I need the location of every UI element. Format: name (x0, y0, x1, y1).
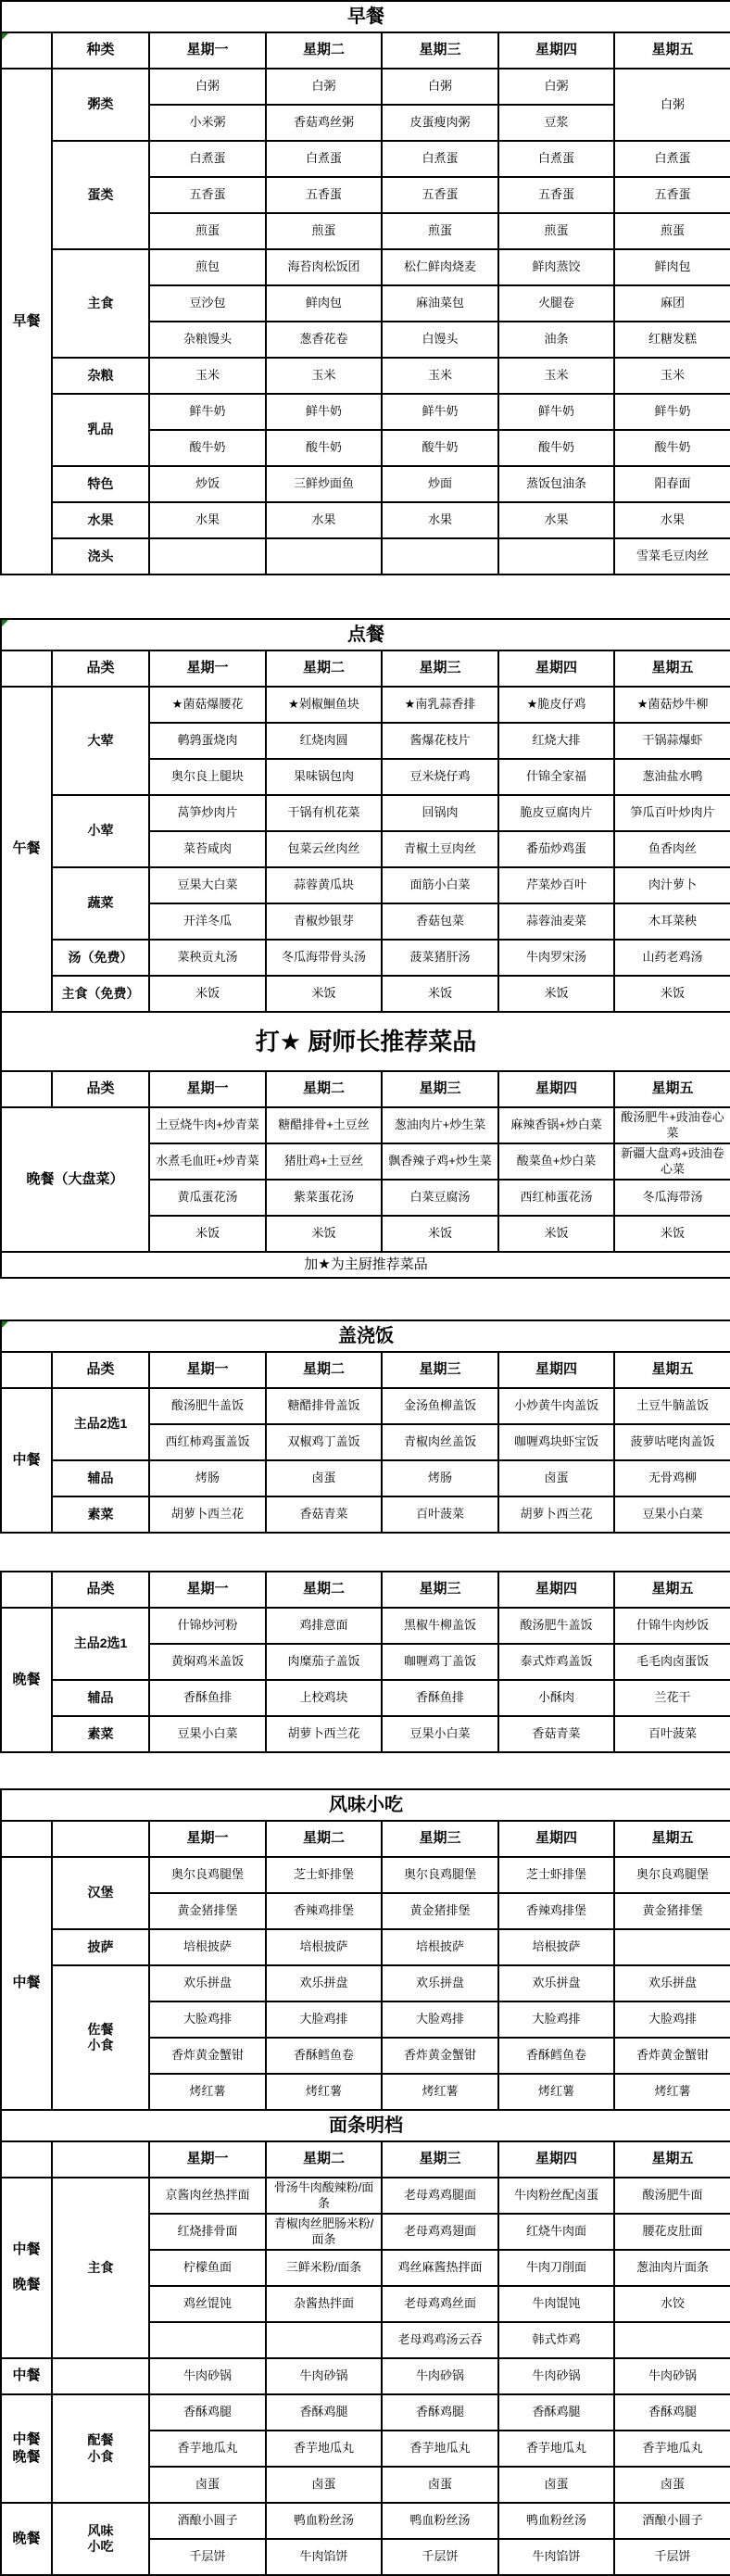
dish-cell: 千层饼 (149, 2539, 266, 2575)
dish-cell: 芹菜炒百叶 (498, 867, 614, 903)
ricebowl-dinner-table: 品类星期一星期二星期三星期四星期五晚餐主品2选1什锦炒河粉鸡排意面黑椒牛柳盖饭酸… (0, 1571, 730, 1753)
category-label: 蛋类 (52, 141, 149, 249)
dish-cell: 牛肉馄饨 (498, 2286, 614, 2322)
dish-cell: 香芋地瓜丸 (382, 2431, 498, 2467)
dish-cell: 白粥 (382, 69, 498, 105)
header-corner-cell (1, 1572, 52, 1608)
dish-cell: 米饭 (614, 976, 730, 1012)
dish-cell: 白煮蛋 (149, 141, 266, 177)
dish-cell: 鸭血粉丝汤 (382, 2503, 498, 2539)
dish-cell: 水果 (266, 502, 382, 538)
day-header: 星期二 (266, 1821, 382, 1857)
dish-cell: ★脆皮仔鸡 (498, 687, 614, 723)
dish-cell: 兰花干 (614, 1680, 730, 1716)
day-header: 星期一 (149, 1071, 266, 1107)
category-label: 特色 (52, 466, 149, 502)
category-header (52, 2141, 149, 2178)
dish-cell: 牛肉罗宋汤 (498, 940, 614, 976)
dish-cell: 鸭血粉丝汤 (266, 2503, 382, 2539)
section-gap (0, 1534, 730, 1571)
day-header: 星期二 (266, 650, 382, 687)
dish-cell: 五香蛋 (382, 177, 498, 213)
dish-cell: 奥尔良鸡腿堡 (614, 1857, 730, 1893)
meal-label: 早餐 (1, 69, 52, 575)
dish-cell: 煎蛋 (266, 213, 382, 249)
dish-cell: 米饭 (614, 1216, 730, 1252)
dish-cell: ★南乳蒜香排 (382, 687, 498, 723)
dish-cell: 蒜蓉黄瓜块 (266, 867, 382, 903)
dish-cell: 杂粮馒头 (149, 322, 266, 358)
category-label: 素菜 (52, 1496, 149, 1533)
dish-cell: 木耳菜秧 (614, 903, 730, 940)
dish-cell: 豆浆 (498, 105, 614, 141)
category-label: 主食 (52, 2178, 149, 2358)
dish-cell: 莴笋炒肉片 (149, 795, 266, 831)
dish-cell: 老母鸡鸡腿面 (382, 2178, 498, 2214)
day-header: 星期五 (614, 1821, 730, 1857)
meal-label: 晚餐 (1, 1608, 52, 1752)
dish-cell: 烤红薯 (614, 2074, 730, 2110)
dish-cell: 白煮蛋 (382, 141, 498, 177)
dish-cell: 毛毛肉卤蛋饭 (614, 1644, 730, 1680)
category-label: 汤（免费） (52, 940, 149, 976)
dish-cell (266, 2322, 382, 2358)
dish-cell: 红烧肉圆 (266, 723, 382, 759)
dish-cell: 五香蛋 (266, 177, 382, 213)
dish-cell: 香芋地瓜丸 (614, 2431, 730, 2467)
dish-cell: 鹌鹑蛋烧肉 (149, 723, 266, 759)
category-label: 佐餐 小食 (52, 1965, 149, 2110)
dish-cell: 牛肉刀削面 (498, 2250, 614, 2286)
dish-cell: 芝士虾排堡 (266, 1857, 382, 1893)
dish-cell: 白菜豆腐汤 (382, 1180, 498, 1216)
dish-cell: 胡萝卜西兰花 (149, 1496, 266, 1533)
dish-cell: 双椒鸡丁盖饭 (266, 1424, 382, 1460)
dish-cell: 糖醋排骨+土豆丝 (266, 1107, 382, 1143)
table-title: 风味小吃 (1, 1789, 730, 1821)
dish-cell: 麻团 (614, 285, 730, 322)
dish-cell: 酸汤肥牛面 (614, 2178, 730, 2214)
dish-cell (614, 2322, 730, 2358)
snacks-noodles-block: 风味小吃星期一星期二星期三星期四星期五中餐汉堡奥尔良鸡腿堡芝士虾排堡奥尔良鸡腿堡… (0, 1788, 730, 2576)
dish-cell: 白煮蛋 (498, 141, 614, 177)
dish-cell: 米饭 (498, 976, 614, 1012)
day-header: 星期五 (614, 1572, 730, 1608)
day-header: 星期二 (266, 1572, 382, 1608)
dish-cell: 青椒土豆肉丝 (382, 831, 498, 867)
dish-cell: 牛肉粉丝配卤蛋 (498, 2178, 614, 2214)
dish-cell: 芝士虾排堡 (498, 1857, 614, 1893)
dish-cell: 小炒黄牛肉盖饭 (498, 1388, 614, 1424)
dish-cell: 豆果小白菜 (382, 1716, 498, 1752)
day-header: 星期一 (149, 1821, 266, 1857)
category-label: 汉堡 (52, 1857, 149, 1929)
meal-label: 中餐 (1, 1857, 52, 2110)
dish-cell: 煎蛋 (498, 213, 614, 249)
dish-cell: 米饭 (498, 1216, 614, 1252)
day-header: 星期五 (614, 2141, 730, 2178)
dish-cell: 菜苔咸肉 (149, 831, 266, 867)
dish-cell: 豆果小白菜 (149, 1716, 266, 1752)
dish-cell: 酸汤肥牛盖饭 (149, 1388, 266, 1424)
dish-cell: 开洋冬瓜 (149, 903, 266, 940)
day-header: 星期二 (266, 1352, 382, 1388)
dish-cell: 肉汁萝卜 (614, 867, 730, 903)
dish-cell: 米饭 (266, 976, 382, 1012)
dish-cell: 卤蛋 (266, 1460, 382, 1496)
dish-cell: 水果 (498, 502, 614, 538)
day-header: 星期三 (382, 1821, 498, 1857)
category-label: 水果 (52, 502, 149, 538)
dish-cell: 百叶菠菜 (382, 1496, 498, 1533)
dish-cell (266, 538, 382, 575)
dish-cell: 泰式炸鸡盖饭 (498, 1644, 614, 1680)
dish-cell: 香辣鸡排堡 (498, 1893, 614, 1929)
dish-cell: 火腿卷 (498, 285, 614, 322)
dish-cell: 香芋地瓜丸 (498, 2431, 614, 2467)
dish-cell: 金汤鱼柳盖饭 (382, 1388, 498, 1424)
dish-cell: 土豆牛腩盖饭 (614, 1388, 730, 1424)
dish-cell: 黄焖鸡米盖饭 (149, 1644, 266, 1680)
category-label: 辅品 (52, 1680, 149, 1716)
dish-cell: 豆果小白菜 (614, 1496, 730, 1533)
header-corner-cell (1, 1821, 52, 1857)
cell-flag-icon (2, 33, 8, 40)
category-label: 风味 小吃 (52, 2503, 149, 2575)
dish-cell: 肉糜茄子盖饭 (266, 1644, 382, 1680)
dish-cell: 欢乐拼盘 (498, 1965, 614, 2001)
dish-cell: 小米粥 (149, 105, 266, 141)
dish-cell: 番茄炒鸡蛋 (498, 831, 614, 867)
dish-cell: 西红柿蛋花汤 (498, 1180, 614, 1216)
dish-cell: 水果 (614, 502, 730, 538)
table-title: 面条明档 (1, 2110, 730, 2141)
dish-cell: 玉米 (266, 358, 382, 394)
header-corner-cell (1, 32, 52, 69)
lunch-alacarte-block: 点餐品类星期一星期二星期三星期四星期五午餐大荤★菌菇爆腰花★剁椒鮰鱼块★南乳蒜香… (0, 618, 730, 1279)
dish-cell: 包菜云丝肉丝 (266, 831, 382, 867)
dish-cell: 香炸黄金蟹钳 (382, 2038, 498, 2074)
day-header: 星期五 (614, 32, 730, 69)
dish-cell: 脆皮豆腐肉片 (498, 795, 614, 831)
dish-cell: 煎蛋 (382, 213, 498, 249)
dish-cell: 紫菜蛋花汤 (266, 1180, 382, 1216)
table-title: 早餐 (1, 1, 730, 32)
dish-cell: 奥尔良鸡腿堡 (149, 1857, 266, 1893)
day-header: 星期二 (266, 32, 382, 69)
dish-cell: 卤蛋 (149, 2467, 266, 2503)
dish-cell: 玉米 (382, 358, 498, 394)
day-header: 星期四 (498, 1071, 614, 1107)
chef-recommendation-banner: 打★ 厨师长推荐菜品 (1, 1012, 730, 1071)
dish-cell: 米饭 (149, 976, 266, 1012)
day-header: 星期四 (498, 2141, 614, 2178)
dish-cell: 什锦炒河粉 (149, 1608, 266, 1644)
dish-cell: 鲜牛奶 (149, 394, 266, 430)
dish-cell: 酸牛奶 (382, 430, 498, 466)
dish-cell: 卤蛋 (498, 2467, 614, 2503)
category-label: 配餐 小食 (52, 2394, 149, 2503)
dish-cell: 香芋地瓜丸 (149, 2431, 266, 2467)
day-header: 星期一 (149, 650, 266, 687)
dish-cell: 白粥 (498, 69, 614, 105)
day-header: 星期五 (614, 650, 730, 687)
dish-cell: 香酥鸡腿 (266, 2394, 382, 2431)
dish-cell: 咖喱鸡块虾宝饭 (498, 1424, 614, 1460)
day-header: 星期三 (382, 1071, 498, 1107)
category-label: 披萨 (52, 1929, 149, 1965)
dish-cell: 大脸鸡排 (149, 2001, 266, 2038)
dish-cell: 酸牛奶 (498, 430, 614, 466)
dish-cell: 水果 (149, 502, 266, 538)
dish-cell: 胡萝卜西兰花 (266, 1716, 382, 1752)
dish-cell: 白粥 (149, 69, 266, 105)
dish-cell: 京酱肉丝热拌面 (149, 2178, 266, 2214)
day-header: 星期四 (498, 1352, 614, 1388)
dish-cell: 葱香花卷 (266, 322, 382, 358)
dish-cell: 鸡排意面 (266, 1608, 382, 1644)
snacks-table: 风味小吃星期一星期二星期三星期四星期五中餐汉堡奥尔良鸡腿堡芝士虾排堡奥尔良鸡腿堡… (0, 1788, 730, 2111)
section-gap (0, 1753, 730, 1788)
dish-cell: 烤红薯 (498, 2074, 614, 2110)
chef-recommendation-note: 加★为主厨推荐菜品 (1, 1252, 730, 1278)
dish-cell: 牛肉砂锅 (382, 2358, 498, 2394)
dish-cell: 奥尔良鸡腿堡 (382, 1857, 498, 1893)
dinner-platter-table: 品类星期一星期二星期三星期四星期五晚餐（大盘菜）土豆烧牛肉+炒青菜糖醋排骨+土豆… (0, 1070, 730, 1279)
cell-flag-icon (2, 1321, 8, 1328)
dish-cell: 白馒头 (382, 322, 498, 358)
dish-cell: 玉米 (498, 358, 614, 394)
dish-cell: 大脸鸡排 (614, 2001, 730, 2038)
category-label: 主食 (52, 249, 149, 358)
dish-cell: 果味锅包肉 (266, 759, 382, 795)
day-header: 星期四 (498, 1572, 614, 1608)
dish-cell: 三鲜米粉/面条 (266, 2250, 382, 2286)
day-header: 星期一 (149, 1572, 266, 1608)
dish-cell: 白煮蛋 (266, 141, 382, 177)
dish-cell: 大脸鸡排 (498, 2001, 614, 2038)
dish-cell: 培根披萨 (382, 1929, 498, 1965)
table-title: 点餐 (1, 619, 730, 650)
category-label: 浇头 (52, 538, 149, 575)
dish-cell: 香酥鱼排 (382, 1680, 498, 1716)
dish-cell: 松仁鲜肉烧麦 (382, 249, 498, 285)
dish-cell: 阳春面 (614, 466, 730, 502)
header-corner-cell (1, 2141, 52, 2178)
dish-cell: 油条 (498, 322, 614, 358)
dish-cell: 烤肠 (149, 1460, 266, 1496)
dish-cell: 冬瓜海带汤 (614, 1180, 730, 1216)
dish-cell: 香菇青菜 (266, 1496, 382, 1533)
dish-cell: 老母鸡鸡汤云吞 (382, 2322, 498, 2358)
dish-cell: 五香蛋 (149, 177, 266, 213)
dish-cell: 蒜蓉油麦菜 (498, 903, 614, 940)
dish-cell: 青椒肉丝盖饭 (382, 1424, 498, 1460)
dish-cell: 欢乐拼盘 (382, 1965, 498, 2001)
dish-cell: 煎蛋 (149, 213, 266, 249)
dish-cell: 西红柿鸡蛋盖饭 (149, 1424, 266, 1460)
dish-cell: 酸牛奶 (149, 430, 266, 466)
dish-cell: 酱爆花枝片 (382, 723, 498, 759)
dish-cell: 什锦牛肉炒饭 (614, 1608, 730, 1644)
dish-cell: 香酥鸡腿 (149, 2394, 266, 2431)
header-corner-cell (1, 650, 52, 687)
category-label: 主品2选1 (52, 1608, 149, 1680)
dish-cell: ★菌菇爆腰花 (149, 687, 266, 723)
dish-cell: 水果 (382, 502, 498, 538)
dish-cell: 鸭血粉丝汤 (498, 2503, 614, 2539)
dish-cell: 干锅蒜爆虾 (614, 723, 730, 759)
category-header: 品类 (52, 1572, 149, 1608)
dish-cell: 黄金猪排堡 (382, 1893, 498, 1929)
day-header: 星期五 (614, 1071, 730, 1107)
day-header: 星期三 (382, 1352, 498, 1388)
dish-cell: 上校鸡块 (266, 1680, 382, 1716)
dish-cell: 千层饼 (614, 2539, 730, 2575)
dish-cell: 黄金猪排堡 (614, 1893, 730, 1929)
category-label: 杂粮 (52, 358, 149, 394)
dish-cell: 香酥鳕鱼卷 (498, 2038, 614, 2074)
dish-cell: ★剁椒鮰鱼块 (266, 687, 382, 723)
category-label: 小荤 (52, 795, 149, 867)
dish-cell: 卤蛋 (614, 2467, 730, 2503)
section-gap (0, 575, 730, 618)
dish-cell: 米饭 (266, 1216, 382, 1252)
dish-cell: 香菇鸡丝粥 (266, 105, 382, 141)
dish-cell: 青椒炒银芽 (266, 903, 382, 940)
dish-cell: 小酥肉 (498, 1680, 614, 1716)
dish-cell: 胡萝卜西兰花 (498, 1496, 614, 1533)
dish-cell: 红烧牛肉面 (498, 2214, 614, 2250)
category-header (52, 1821, 149, 1857)
dish-cell: 鲜牛奶 (382, 394, 498, 430)
cell-flag-icon (2, 620, 8, 626)
dish-cell: 新疆大盘鸡+豉油卷心菜 (614, 1143, 730, 1180)
dish-cell: 香酥鸡腿 (382, 2394, 498, 2431)
day-header: 星期一 (149, 2141, 266, 2178)
category-header: 品类 (52, 650, 149, 687)
dish-cell: 大脸鸡排 (382, 2001, 498, 2038)
dish-cell: 牛肉馅饼 (498, 2539, 614, 2575)
dish-cell: 面筋小白菜 (382, 867, 498, 903)
dish-cell: 香芋地瓜丸 (266, 2431, 382, 2467)
day-header: 星期四 (498, 1821, 614, 1857)
dish-cell: 炒面 (382, 466, 498, 502)
day-header: 星期三 (382, 1572, 498, 1608)
dish-cell: 烤红薯 (266, 2074, 382, 2110)
dish-cell: 酸牛奶 (614, 430, 730, 466)
day-header: 星期一 (149, 1352, 266, 1388)
dish-cell: 酸牛奶 (266, 430, 382, 466)
day-header: 星期五 (614, 1352, 730, 1388)
dish-cell: 酒酿小圆子 (149, 2503, 266, 2539)
ricebowl-lunch-table: 盖浇饭品类星期一星期二星期三星期四星期五中餐主品2选1酸汤肥牛盖饭糖醋排骨盖饭金… (0, 1320, 730, 1534)
dish-cell: 牛肉砂锅 (614, 2358, 730, 2394)
day-header: 星期三 (382, 32, 498, 69)
meal-label: 晚餐 (1, 2503, 52, 2575)
dish-cell: 欢乐拼盘 (149, 1965, 266, 2001)
dish-cell: 卤蛋 (498, 1460, 614, 1496)
dish-cell (149, 2322, 266, 2358)
section-gap (0, 1279, 730, 1320)
category-label: 乳品 (52, 394, 149, 466)
category-label (52, 2358, 149, 2394)
header-corner-cell (1, 1071, 52, 1107)
dish-cell: 红糖发糕 (614, 322, 730, 358)
meal-label: 午餐 (1, 687, 52, 1012)
dish-cell: 煎蛋 (614, 213, 730, 249)
dish-cell: 干锅有机花菜 (266, 795, 382, 831)
category-label: 素菜 (52, 1716, 149, 1752)
dish-cell: 鲜肉包 (266, 285, 382, 322)
category-header: 品类 (52, 1071, 149, 1107)
category-label: 粥类 (52, 69, 149, 141)
dish-cell: 酸汤肥牛+豉油卷心菜 (614, 1107, 730, 1143)
dish-cell: 无骨鸡柳 (614, 1460, 730, 1496)
dish-cell: 千层饼 (382, 2539, 498, 2575)
meal-label: 晚餐（大盘菜） (1, 1107, 149, 1252)
dish-cell: 三鲜炒面鱼 (266, 466, 382, 502)
dish-cell: 柠檬鱼面 (149, 2250, 266, 2286)
day-header: 星期四 (498, 32, 614, 69)
category-header: 品类 (52, 1352, 149, 1388)
dish-cell: 炒饭 (149, 466, 266, 502)
dish-cell: 白煮蛋 (614, 141, 730, 177)
dish-cell: 酸菜鱼+炒白菜 (498, 1143, 614, 1180)
breakfast-table: 早餐种类星期一星期二星期三星期四星期五早餐粥类白粥白粥白粥白粥白粥小米粥香菇鸡丝… (0, 0, 730, 575)
day-header: 星期一 (149, 32, 266, 69)
dish-cell: 红烧大排 (498, 723, 614, 759)
dish-cell: 牛肉砂锅 (498, 2358, 614, 2394)
dish-cell: 菠菜猪肝汤 (382, 940, 498, 976)
dish-cell: 香菇包菜 (382, 903, 498, 940)
dish-cell: 老母鸡鸡翅面 (382, 2214, 498, 2250)
dish-cell: 山药老鸡汤 (614, 940, 730, 976)
dish-cell: 豆果大白菜 (149, 867, 266, 903)
dish-cell: 欢乐拼盘 (614, 1965, 730, 2001)
dish-cell: 黄金猪排堡 (149, 1893, 266, 1929)
table-title: 盖浇饭 (1, 1320, 730, 1352)
dish-cell: 糖醋排骨盖饭 (266, 1388, 382, 1424)
meal-label: 中餐 (1, 2358, 52, 2394)
dish-cell: 奥尔良上腿块 (149, 759, 266, 795)
dish-cell: 鸡丝麻酱热拌面 (382, 2250, 498, 2286)
dish-cell: 烤肠 (382, 1460, 498, 1496)
dish-cell: 杂酱热拌面 (266, 2286, 382, 2322)
dish-cell: 鸡丝馄饨 (149, 2286, 266, 2322)
dish-cell: 欢乐拼盘 (266, 1965, 382, 2001)
dish-cell: 飘香辣子鸡+炒生菜 (382, 1143, 498, 1180)
category-label: 大荤 (52, 687, 149, 795)
dish-cell: 香酥鸡腿 (498, 2394, 614, 2431)
dish-cell: 培根披萨 (266, 1929, 382, 1965)
dish-cell: 鲜肉包 (614, 249, 730, 285)
dish-cell: 笋瓜百叶炒肉片 (614, 795, 730, 831)
dish-cell: 豆米烧仔鸡 (382, 759, 498, 795)
dish-cell: 海苔肉松饭团 (266, 249, 382, 285)
dish-cell: 菜秧贡丸汤 (149, 940, 266, 976)
dish-cell: 鲜牛奶 (266, 394, 382, 430)
dish-cell: 水饺 (614, 2286, 730, 2322)
dish-cell: 雪菜毛豆肉丝 (614, 538, 730, 575)
dish-cell: 烤红薯 (382, 2074, 498, 2110)
dish-cell: 麻油菜包 (382, 285, 498, 322)
dish-cell: 皮蛋瘦肉粥 (382, 105, 498, 141)
dish-cell: 米饭 (149, 1216, 266, 1252)
day-header: 星期二 (266, 2141, 382, 2178)
dish-cell: 玉米 (149, 358, 266, 394)
dish-cell: 水煮毛血旺+炒青菜 (149, 1143, 266, 1180)
